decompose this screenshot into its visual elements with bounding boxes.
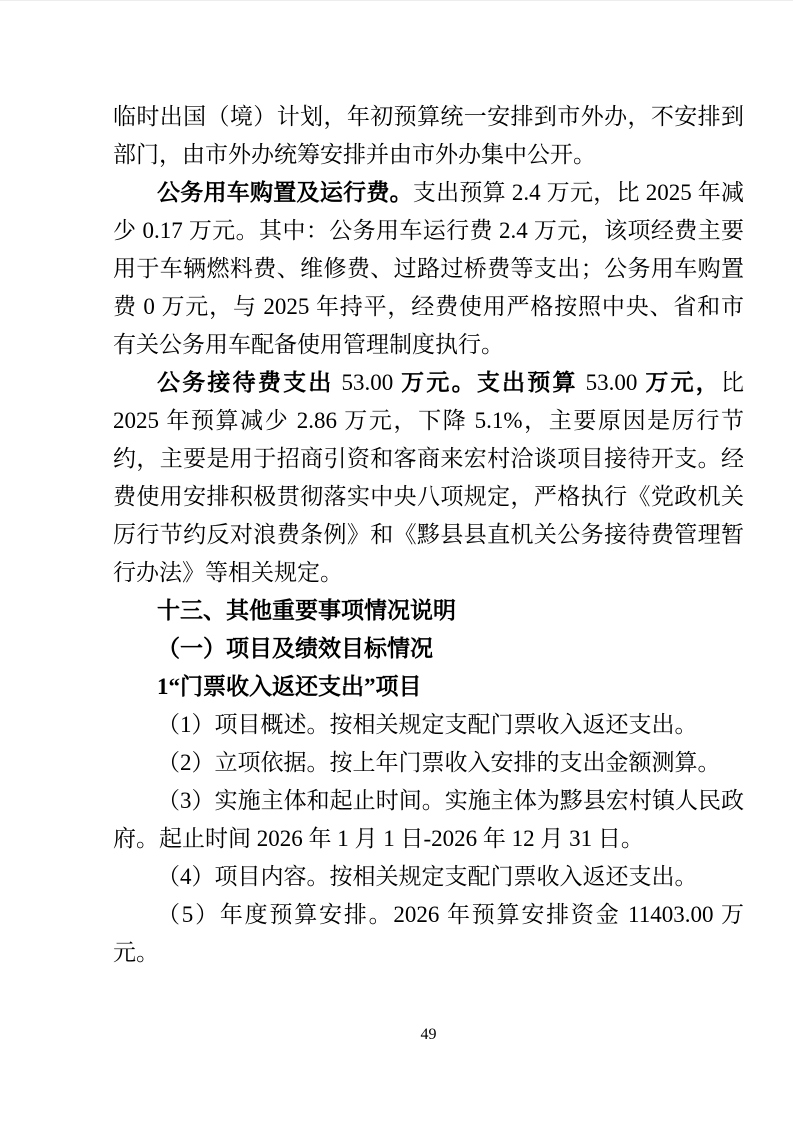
- heading-section-13: 十三、其他重要事项情况说明: [113, 592, 744, 630]
- paragraph-vehicle-expense: 公务用车购置及运行费。支出预算 2.4 万元，比 2025 年减少 0.17 万…: [113, 174, 744, 364]
- project-item-basis: （2）立项依据。按上年门票收入安排的支出金额测算。: [113, 744, 744, 782]
- paragraph-continuation: 临时出国（境）计划，年初预算统一安排到市外办，不安排到部门，由市外办统筹安排并由…: [113, 98, 744, 174]
- vehicle-expense-lead: 公务用车购置及运行费。: [157, 180, 413, 205]
- reception-expense-text: 比 2025 年预算减少 2.86 万元，下降 5.1%，主要原因是厉行节约，主…: [113, 370, 744, 585]
- heading-subsection-1: （一）项目及绩效目标情况: [113, 630, 744, 668]
- reception-expense-lead-2: 万元。支出预算: [393, 370, 585, 395]
- document-page: 临时出国（境）计划，年初预算统一安排到市外办，不安排到部门，由市外办统筹安排并由…: [0, 0, 793, 1122]
- paragraph-reception-expense: 公务接待费支出 53.00 万元。支出预算 53.00 万元，比 2025 年预…: [113, 364, 744, 592]
- vehicle-expense-text: 支出预算 2.4 万元，比 2025 年减少 0.17 万元。其中：公务用车运行…: [113, 180, 744, 357]
- heading-project-ticket-revenue: 1“门票收入返还支出”项目: [113, 668, 744, 706]
- reception-expense-lead: 公务接待费支出: [157, 370, 341, 395]
- reception-expense-amount-2: 53.00: [586, 370, 638, 395]
- project-item-subject-and-duration: （3）实施主体和起止时间。实施主体为黟县宏村镇人民政府。起止时间 2026 年 …: [113, 782, 744, 858]
- page-number: 49: [113, 1025, 744, 1045]
- document-body: 临时出国（境）计划，年初预算统一安排到市外办，不安排到部门，由市外办统筹安排并由…: [113, 98, 744, 972]
- reception-expense-amount: 53.00: [341, 370, 393, 395]
- project-item-annual-budget: （5）年度预算安排。2026 年预算安排资金 11403.00 万元。: [113, 896, 744, 972]
- project-item-content: （4）项目内容。按相关规定支配门票收入返还支出。: [113, 858, 744, 896]
- project-item-overview: （1）项目概述。按相关规定支配门票收入返还支出。: [113, 706, 744, 744]
- reception-expense-lead-3: 万元，: [637, 370, 721, 395]
